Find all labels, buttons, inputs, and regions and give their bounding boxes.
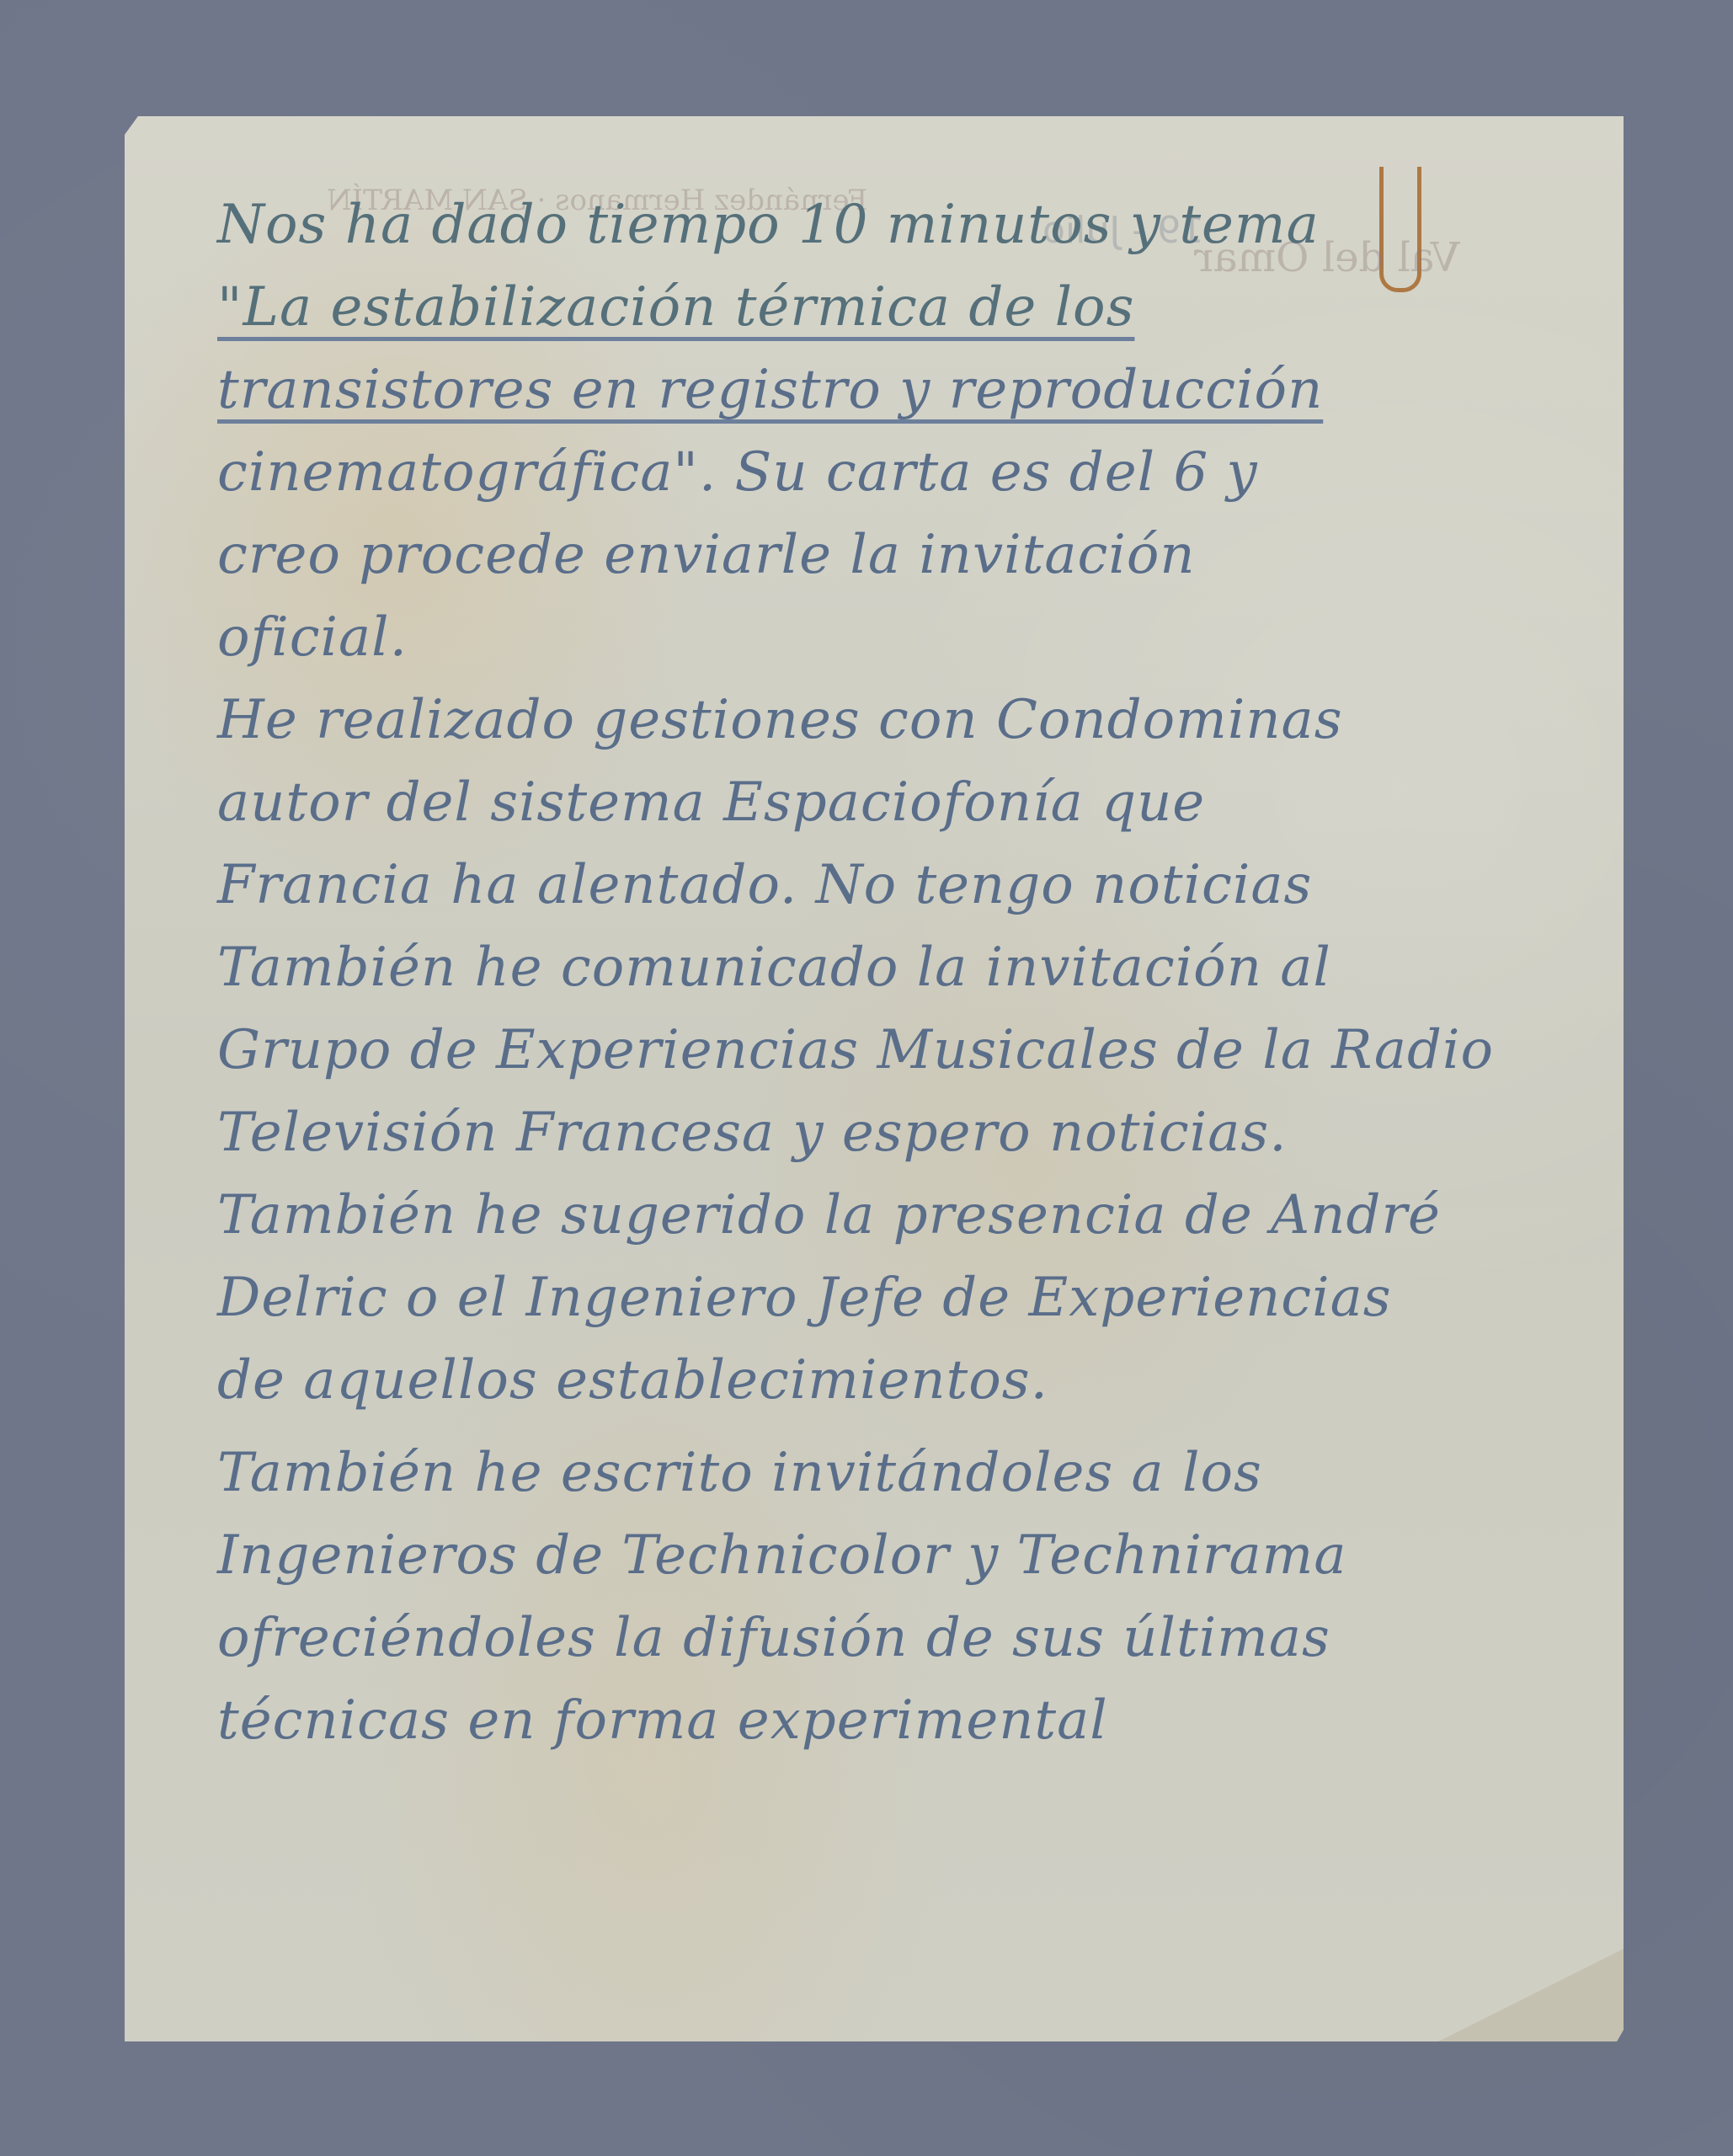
- letter-line: creo procede enviarle la invitación: [217, 514, 1581, 596]
- letter-line: técnicas en forma experimental: [217, 1679, 1581, 1762]
- letter-line: También he comunicado la invitación al: [217, 926, 1581, 1009]
- letter-line-title: transistores en registro y reproducción: [217, 349, 1581, 431]
- letter-line: cinematográfica". Su carta es del 6 y: [217, 431, 1581, 514]
- letter-line: Ingenieros de Technicolor y Technirama: [217, 1514, 1581, 1597]
- letter-line: Grupo de Experiencias Musicales de la Ra…: [217, 1009, 1581, 1091]
- folded-corner: [1438, 1949, 1624, 2041]
- letter-line: oficial.: [217, 596, 1581, 679]
- letter-line: ofreciéndoles la difusión de sus últimas: [217, 1597, 1581, 1679]
- letter-line: He realizado gestiones con Condominas: [217, 679, 1581, 761]
- letter-line: autor del sistema Espaciofonía que: [217, 761, 1581, 844]
- letter-body: Nos ha dado tiempo 10 minutos y tema "La…: [217, 184, 1581, 1762]
- letter-line-title: "La estabilización térmica de los: [217, 266, 1581, 349]
- letter-line: Delric o el Ingeniero Jefe de Experienci…: [217, 1257, 1581, 1339]
- letter-line: También he escrito invitándoles a los: [217, 1432, 1581, 1514]
- letter-line: También he sugerido la presencia de Andr…: [217, 1174, 1581, 1257]
- letter-paper: Fernández Hermanos · SAN MARTÍN Val del …: [125, 116, 1624, 2041]
- letter-line: Francia ha alentado. No tengo noticias: [217, 844, 1581, 926]
- letter-line: Televisión Francesa y espero noticias.: [217, 1091, 1581, 1174]
- letter-line: de aquellos establecimientos.: [217, 1339, 1581, 1422]
- letter-line: Nos ha dado tiempo 10 minutos y tema: [217, 184, 1581, 266]
